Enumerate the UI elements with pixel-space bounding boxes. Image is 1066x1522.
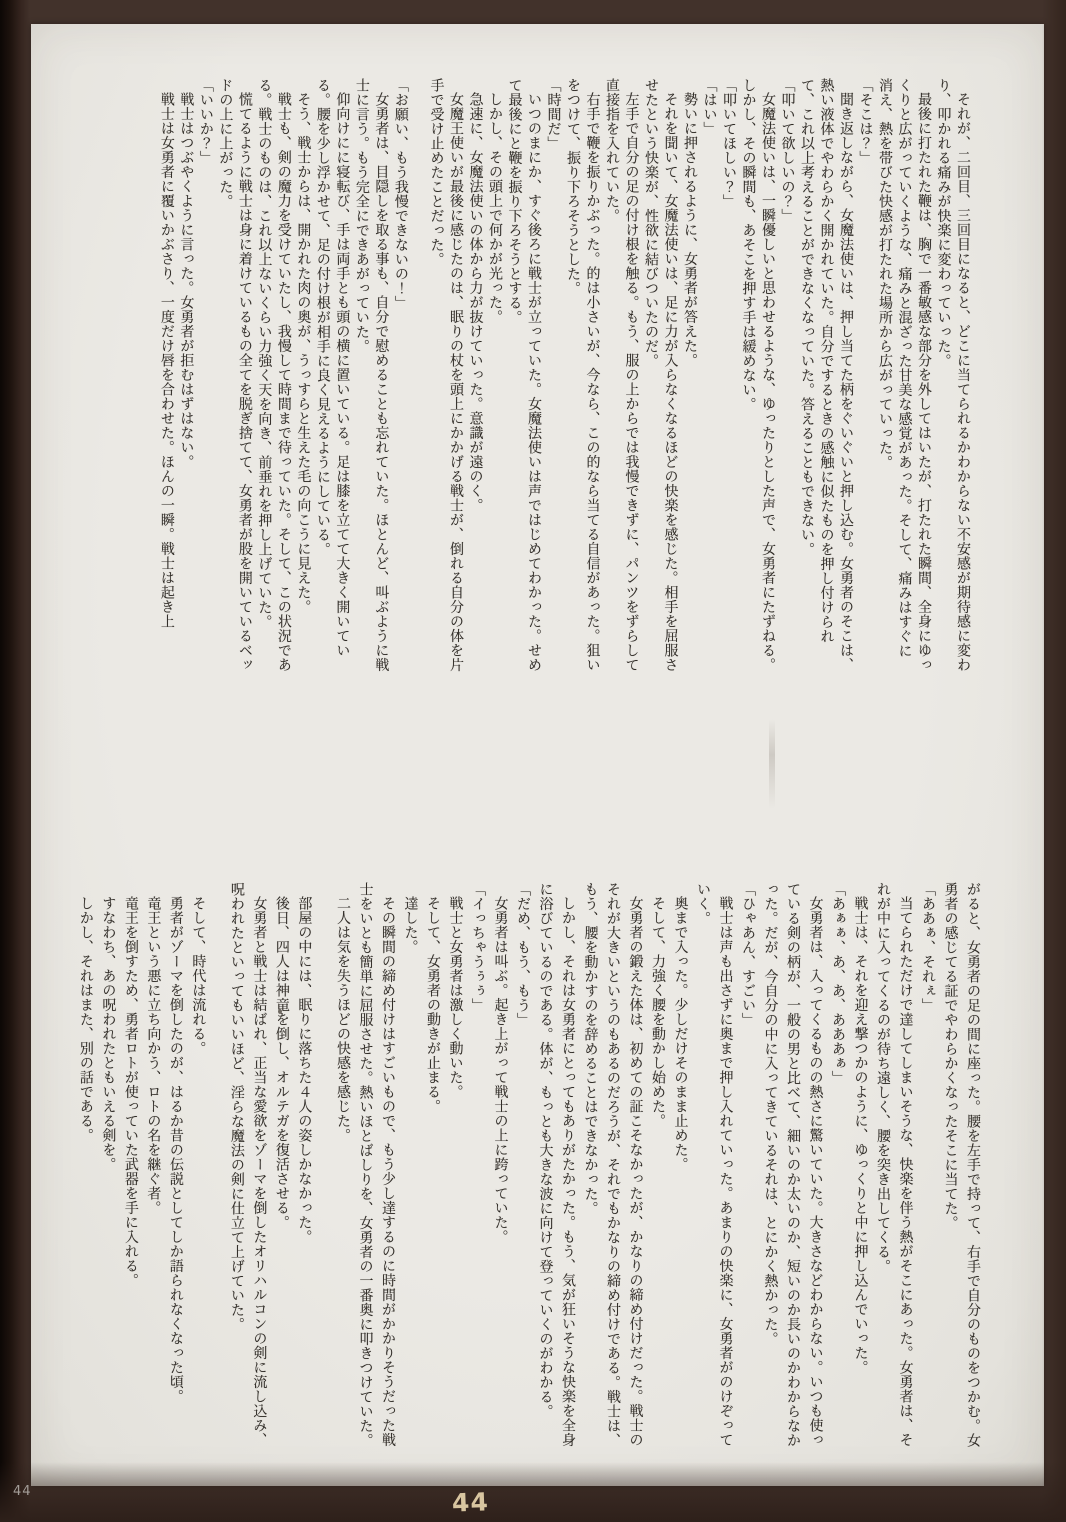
paragraph: 戦士はつぶやくように言った。女勇者が拒むはずはない。 xyxy=(176,78,196,672)
paragraph: 女魔王使いが最後に感じたのは、眠りの杖を頭上にかかげる戦士が、倒れる自分の体を片… xyxy=(426,78,465,672)
page-number-center: 44 xyxy=(452,1487,490,1517)
paragraph: それが、二回目、三回目になると、どこに当てられるかわからない不安感が期待感に変わ… xyxy=(933,78,972,672)
paragraph: 慌てるように戦士は身に着けているもの全てを脱ぎ捨てて、女勇者が股を開いているベッ… xyxy=(215,78,254,672)
paragraph: すなわち、あの呪われたともいえる剣を。 xyxy=(97,882,120,1454)
dialogue-line: 「時間だ」 xyxy=(543,78,563,672)
paragraph: しかし、それはまた、別の話である。 xyxy=(74,882,97,1454)
paragraph: 奥まで入った。少しだけそのまま止めた。 xyxy=(669,882,692,1454)
paragraph: 後日、四人は神竜を倒し、オルテガを復活させる。 xyxy=(270,882,293,1454)
paragraph: 右手で鞭を振りかぶった。的は小さいが、今なら、この的なら当てる自信があった。狙い… xyxy=(563,78,602,672)
paragraph: それを聞いて、女魔法使いは、足に力が入らなくなるほどの快楽を感じた。相手を屈服さ… xyxy=(641,78,680,672)
paragraph: 部屋の中には、眠りに落ちた４人の姿しかなかった。 xyxy=(293,882,316,1454)
ink-speck xyxy=(278,1009,282,1014)
paragraph: 最後に打たれた鞭は、胸で一番敏感な部分を外してはいたが、打たれた瞬間、全身にゆっ… xyxy=(875,78,934,672)
paragraph: 戦士は女勇者に覆いかぶさり、一度だけ唇を合わせた。ほんの一瞬。戦士は起き上 xyxy=(156,78,176,672)
paragraph: そして、女勇者の動きが止まる。 xyxy=(422,882,445,1454)
scan-edge-bottom xyxy=(0,1462,1066,1522)
paragraph: 竜王を倒すため、勇者ロトが使っていた武器を手に入れる。 xyxy=(119,882,142,1454)
paragraph-gap xyxy=(209,882,225,1454)
paragraph: 女勇者と戦士は結ばれ、正当な愛欲をゾーマを倒したオリハルコンの剣に流し込み、呪わ… xyxy=(225,882,270,1454)
dialogue-line: 「あぁぁ、あ、あ、あああぁ」 xyxy=(827,882,850,1454)
dialogue-line: 「いいか？」 xyxy=(195,78,215,672)
paragraph: 仰向けにに寝転び、手は両手とも頭の横に置いている。足は膝を立てて大きく開いている… xyxy=(312,78,351,672)
paragraph-gap xyxy=(315,882,331,1454)
paragraph: 二人は気を失うほどの快感を感じた。 xyxy=(332,882,355,1454)
paragraph: 戦士は、それを迎え撃つかのように、ゆっくりと中に押し込んでいった。 xyxy=(849,882,872,1454)
paragraph: 勇者がゾーマを倒したのが、はるか昔の伝説としてしか語られなくなった頃。 xyxy=(164,882,187,1454)
paragraph: そして、力強く腰を動かし始めた。 xyxy=(647,882,670,1454)
dialogue-line: 「そこは？」 xyxy=(855,78,875,672)
paragraph: いつのまにか、すぐ後ろに戦士が立っていた。女魔法使いは声ではじめてわかった。せめ… xyxy=(504,78,543,672)
story-text-block-bottom: がると、女勇者の足の間に座った。腰を左手で持って、右手で自分のものをつかむ。女勇… xyxy=(74,882,984,1454)
paragraph: そう、戦士からは、開かれた肉の奥が、うっすらと生えた毛の向こうに見えた。 xyxy=(293,78,313,672)
scanned-book-page-root: { "page": { "corner_number": "44", "cent… xyxy=(0,0,1066,1522)
scanned-page: それが、二回目、三回目になると、どこに当てられるかわからない不安感が期待感に変わ… xyxy=(31,24,1044,1486)
paragraph: 女勇者は、目隠しを取る事も、自分で慰めることも忘れていた。ほとんど、叫ぶように戦… xyxy=(351,78,390,672)
paragraph: 女魔法使いは、一瞬優しいと思わせるような、ゆったりとした声で、女勇者にたずねる。… xyxy=(738,78,777,672)
paragraph: 達した。 xyxy=(399,882,422,1454)
scan-edge-left xyxy=(0,0,30,1522)
story-text-block-top: それが、二回目、三回目になると、どこに当てられるかわからない不安感が期待感に変わ… xyxy=(156,78,972,672)
dialogue-line: 「ああぁ、それぇ」 xyxy=(917,882,940,1454)
dialogue-line: 「叩いてほしい？」 xyxy=(719,78,739,672)
dialogue-line: 「はい」 xyxy=(699,78,719,672)
paragraph: 左手で自分の足の付け根を触る。もう、服の上からでは我慢できずに、パンツをずらして… xyxy=(602,78,641,672)
paragraph-continuation: がると、女勇者の足の間に座った。腰を左手で持って、右手で自分のものをつかむ。女勇… xyxy=(939,882,984,1454)
paragraph: しかし、それは女勇者にとってもありがたかった。もう、気が狂いそうな快楽を全身に浴… xyxy=(534,882,579,1454)
paragraph: 当てられただけで達してしまいそうな、快楽を伴う熱がそこにあった。女勇者は、それが… xyxy=(872,882,917,1454)
paragraph: 戦士と女勇者は激しく動いた。 xyxy=(444,882,467,1454)
page-number-corner: 44 xyxy=(13,1484,32,1499)
scan-smudge xyxy=(769,719,775,809)
paragraph: その瞬間の締め付けはすごいもので、もう少し達するのに時間がかかりそうだった戦士を… xyxy=(354,882,399,1454)
paragraph: 女勇者の鍛えた体は、初めての証こそなかったが、かなりの締め付けだった。戦士のそれ… xyxy=(579,882,647,1454)
dialogue-line: 「お願い、もう我慢できないの！」 xyxy=(390,78,410,672)
paragraph: 戦士も、剣の魔力を受けていたし、我慢して時間まで待っていた。そして、この状況であ… xyxy=(254,78,293,672)
paragraph-gap xyxy=(410,78,426,672)
dialogue-line: 「イっちゃうぅぅ」 xyxy=(467,882,490,1454)
paragraph: 急速に、女魔法使いの体から力が抜けていった。意識が遠のく。 xyxy=(465,78,485,672)
paragraph: 女勇者は叫ぶ。起き上がって戦士の上に跨っていた。 xyxy=(489,882,512,1454)
paragraph: 戦士は声も出さずに奥まで押し入れていった。あまりの快楽に、女勇者がのけぞっていく… xyxy=(692,882,737,1454)
paragraph: そして、時代は流れる。 xyxy=(187,882,210,1454)
paragraph: 女勇者は、入ってくるものの熱さに驚いていた。大きさなどわからない。いつも使ってい… xyxy=(759,882,827,1454)
dialogue-line: 「ひゃあん、すごい」 xyxy=(737,882,760,1454)
dialogue-line: 「だめ、もう、もう」 xyxy=(512,882,535,1454)
paragraph: 勢いに押されるように、女勇者が答えた。 xyxy=(680,78,700,672)
paragraph: 竜王という悪に立ち向かう、ロトの名を継ぐ者。 xyxy=(142,882,165,1454)
scan-edge-right xyxy=(1042,0,1066,1522)
dialogue-line: 「叩いて欲しいの？」 xyxy=(777,78,797,672)
paragraph: しかし、その頭上で何かが光った。 xyxy=(485,78,505,672)
paragraph: 聞き返しながら、女魔法使いは、押し当てた柄をぐいぐいと押し込む。女勇者のそこは、… xyxy=(797,78,856,672)
